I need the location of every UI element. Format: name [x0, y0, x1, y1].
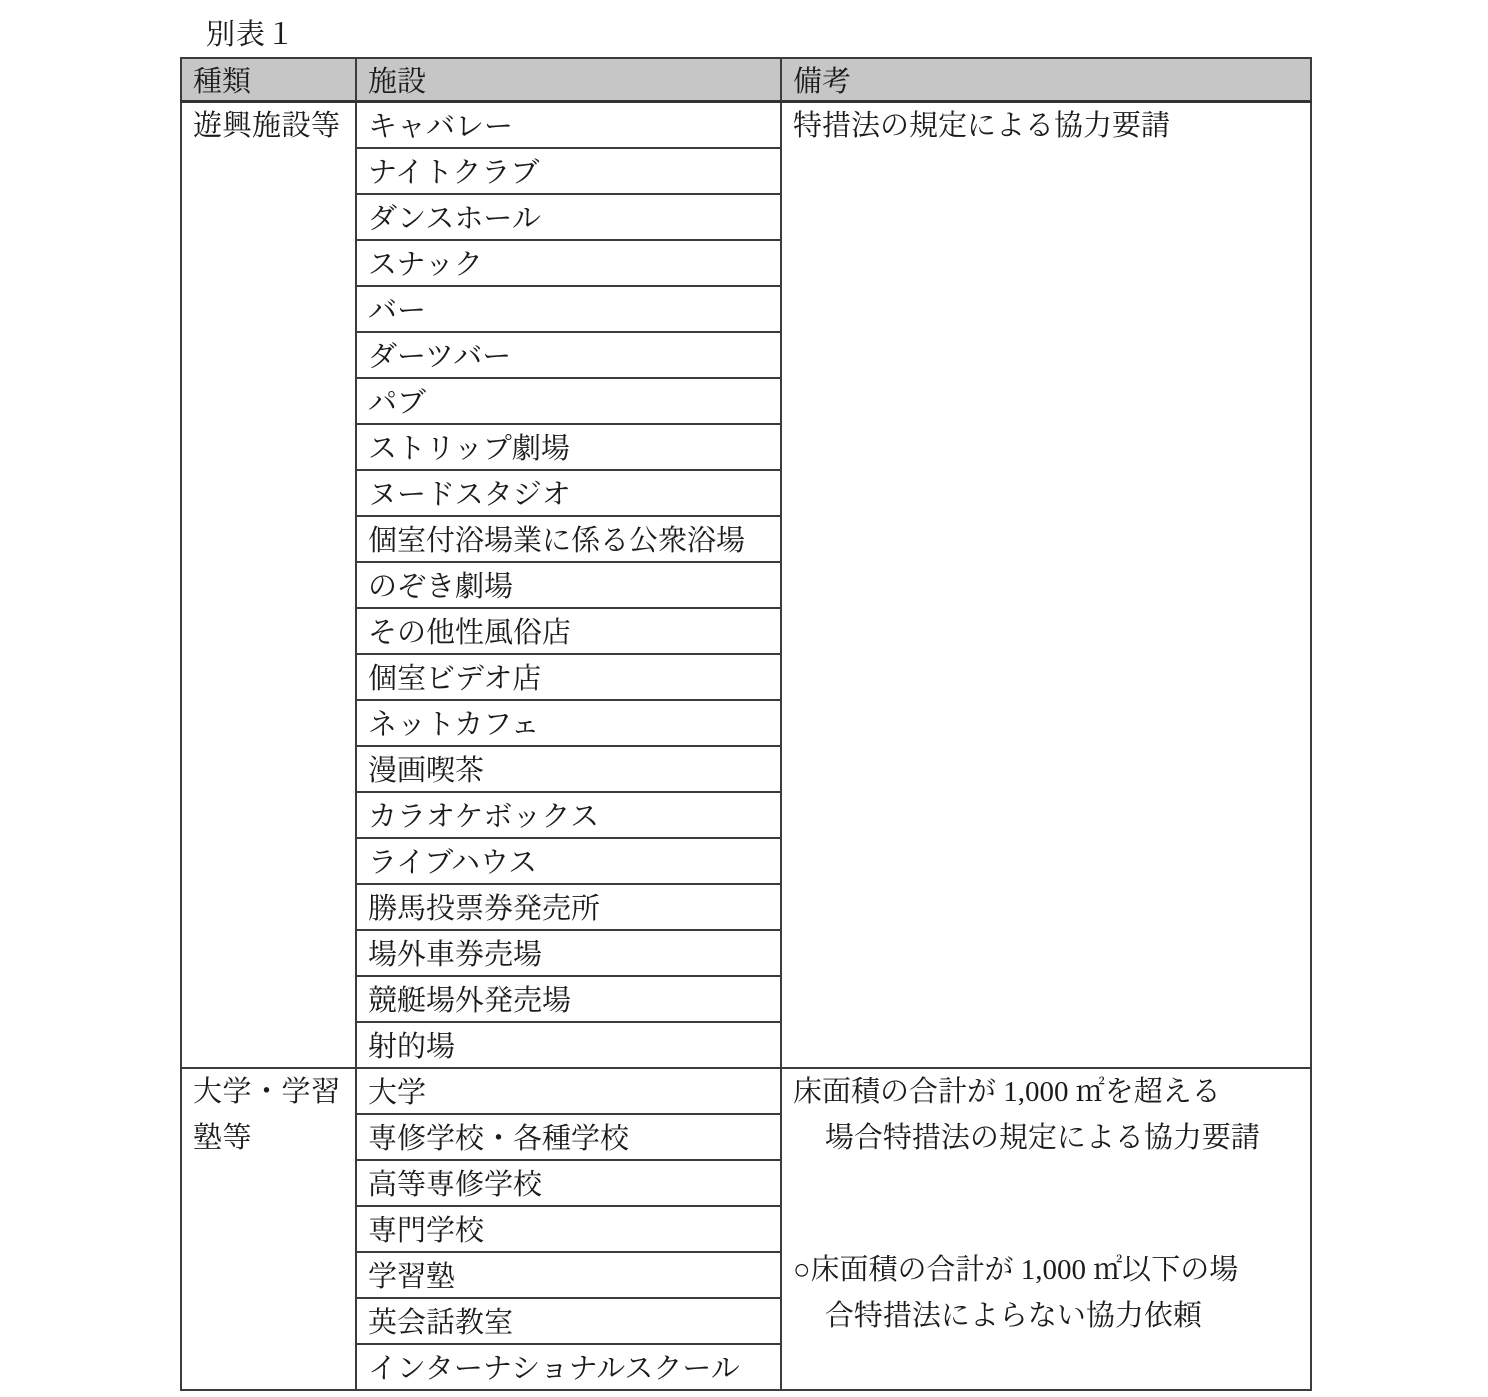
document-page: 別表１ 種類 施設 備考 遊興施設等 キャバレー 特措法の規定による協力要請 ナ…	[0, 0, 1488, 1397]
facility-cell: ライブハウス	[356, 838, 781, 884]
facility-cell: 競艇場外発売場	[356, 976, 781, 1022]
remark-line: 合特措法によらない協力依頼	[793, 1293, 1302, 1339]
category-cell-entertainment: 遊興施設等	[181, 102, 356, 1068]
facility-cell: ネットカフェ	[356, 700, 781, 746]
facility-cell: 学習塾	[356, 1252, 781, 1298]
remarks-cell-education: 床面積の合計が 1,000 ㎡を超える 場合特措法の規定による協力要請 ○床面積…	[781, 1068, 1311, 1390]
facility-cell: 個室ビデオ店	[356, 654, 781, 700]
facility-cell: 漫画喫茶	[356, 746, 781, 792]
facility-cell: バー	[356, 286, 781, 332]
remarks-cell-entertainment: 特措法の規定による協力要請	[781, 102, 1311, 1068]
facility-cell: パブ	[356, 378, 781, 424]
remark-line: 場合特措法の規定による協力要請	[793, 1115, 1302, 1161]
facility-cell: 射的場	[356, 1022, 781, 1068]
facility-cell: ダーツバー	[356, 332, 781, 378]
remark-paragraph: ○床面積の合計が 1,000 ㎡以下の場 合特措法によらない協力依頼	[793, 1247, 1302, 1339]
remark-line: 床面積の合計が 1,000 ㎡を超える	[793, 1069, 1302, 1115]
facility-cell: その他性風俗店	[356, 608, 781, 654]
facility-cell: スナック	[356, 240, 781, 286]
facility-cell: 大学	[356, 1068, 781, 1114]
facility-cell: 勝馬投票券発売所	[356, 884, 781, 930]
facility-cell: 専門学校	[356, 1206, 781, 1252]
remark-line: 特措法の規定による協力要請	[793, 103, 1302, 149]
facility-cell: カラオケボックス	[356, 792, 781, 838]
facility-cell: 個室付浴場業に係る公衆浴場	[356, 516, 781, 562]
facility-cell: 高等専修学校	[356, 1160, 781, 1206]
facility-cell: 場外車券売場	[356, 930, 781, 976]
facility-cell: のぞき劇場	[356, 562, 781, 608]
appendix-table: 種類 施設 備考 遊興施設等 キャバレー 特措法の規定による協力要請 ナイトクラ…	[180, 57, 1312, 1391]
remark-line: ○床面積の合計が 1,000 ㎡以下の場	[793, 1247, 1302, 1293]
header-cell-facility: 施設	[356, 58, 781, 102]
facility-cell: インターナショナルスクール	[356, 1344, 781, 1390]
facility-cell: ストリップ劇場	[356, 424, 781, 470]
header-cell-remarks: 備考	[781, 58, 1311, 102]
remark-paragraph: 床面積の合計が 1,000 ㎡を超える 場合特措法の規定による協力要請	[793, 1069, 1302, 1161]
header-cell-type: 種類	[181, 58, 356, 102]
facility-cell: 英会話教室	[356, 1298, 781, 1344]
facility-cell: ヌードスタジオ	[356, 470, 781, 516]
facility-cell: ナイトクラブ	[356, 148, 781, 194]
table-row: 遊興施設等 キャバレー 特措法の規定による協力要請	[181, 102, 1311, 148]
table-title: 別表１	[206, 12, 296, 53]
header-row: 種類 施設 備考	[181, 58, 1311, 102]
facility-cell: キャバレー	[356, 102, 781, 148]
facility-cell: ダンスホール	[356, 194, 781, 240]
facility-cell: 専修学校・各種学校	[356, 1114, 781, 1160]
category-cell-education: 大学・学習塾等	[181, 1068, 356, 1390]
table-row: 大学・学習塾等 大学 床面積の合計が 1,000 ㎡を超える 場合特措法の規定に…	[181, 1068, 1311, 1114]
